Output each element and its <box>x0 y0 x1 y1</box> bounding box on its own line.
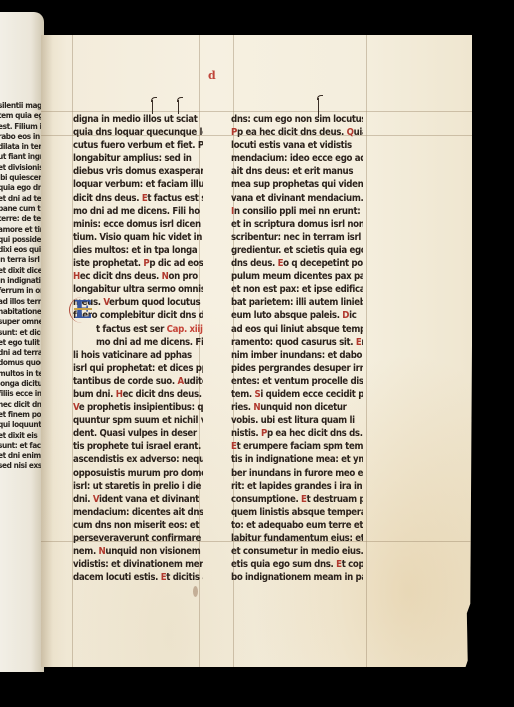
text-line: longabitur ultra sermo omnis <box>73 283 203 296</box>
text-line: et consumetur in medio eius. et sci <box>231 545 363 558</box>
facing-text-line: in indignationem <box>0 275 42 285</box>
text-line: pulum meum dicentes pax pax <box>231 270 363 283</box>
text-line: isrl qui prophetat: et dices pphe <box>73 362 203 375</box>
text-line: mo dni ad me dicens. Fi <box>73 336 203 349</box>
text-line: mendacium: ideo ecce ego ad vos <box>231 152 363 165</box>
decorated-initial: E <box>72 298 94 322</box>
text-line: vana et divinant mendacium. <box>231 192 363 205</box>
facing-text-line: ut fiant ingredientes <box>0 151 42 161</box>
text-line: vobis. ubi est litura quam li <box>231 414 363 427</box>
ruling-line <box>366 35 367 667</box>
text-line: et in scriptura domus isrl non <box>231 218 363 231</box>
text-line: ascendistis ex adverso: neque <box>73 453 203 466</box>
text-line: dent. Quasi vulpes in deser <box>73 427 203 440</box>
facing-text-line: domus quod gentis <box>0 357 42 367</box>
running-head: d <box>208 69 216 82</box>
text-line: digna in medio illos ut sciat <box>73 113 203 126</box>
facing-text-line: filiis ecce in <box>0 388 42 398</box>
text-line: cum dns non miserit eos: et <box>73 519 203 532</box>
text-line: ad eos qui liniut absque tempe <box>231 323 363 336</box>
text-line: tis in indignatione mea: et ym <box>231 453 363 466</box>
manuscript-leaf: d digna in medio illos ut sciatquia dns … <box>41 35 472 667</box>
text-line: pides pergrandes desuper irru <box>231 362 363 375</box>
text-line: tis prophete tui israel erant. Non <box>73 440 203 453</box>
text-line: et non est pax: et ipse edificat <box>231 283 363 296</box>
text-line: Ve prophetis insipientibus: qui se <box>73 401 203 414</box>
facing-text-line: et dni ad terram <box>0 193 42 203</box>
ruling-line <box>41 111 472 112</box>
text-line: mea sup prophetas qui vident <box>231 178 363 191</box>
text-line: tem. Si quidem ecce cecidit pa <box>231 388 363 401</box>
text-line: quia dns loquar quecunque lo <box>73 126 203 139</box>
text-line: gredientur. et scietis quia ego <box>231 244 363 257</box>
text-line: locuti estis vana et vidistis <box>231 139 363 152</box>
facing-text-line: longa dicitur <box>0 378 42 388</box>
facing-text-line: et finem possidebit <box>0 409 42 419</box>
text-line: tantibus de corde suo. Audite ver <box>73 375 203 388</box>
gold-flourish <box>74 308 92 310</box>
vellum-stain <box>193 586 198 597</box>
text-line: nistis. Pp ea hec dicit dns ds. <box>231 427 363 440</box>
text-line: li hois vaticinare ad pphas <box>73 349 203 362</box>
facing-text-line: amore et timore <box>0 224 42 234</box>
text-line: nim imber inundans: et dabo la <box>231 349 363 362</box>
facing-text-line: dilata in terras nimis <box>0 141 42 151</box>
text-line: rit: et lapides grandes i ira in <box>231 480 363 493</box>
facing-text-line: et dni enim ut <box>0 450 42 460</box>
ascender-flourish <box>152 100 153 114</box>
pen-flourish <box>69 297 95 323</box>
text-line: iste prophetat. Pp dic ad eos. <box>73 257 203 270</box>
text-line: bat parietem: illi autem liniebant <box>231 296 363 309</box>
ascender-flourish <box>178 100 179 114</box>
facing-text-line: est. Filium illius igno <box>0 121 42 131</box>
text-line: bum dni. Hec dicit dns deus. <box>73 388 203 401</box>
text-line: ries. Nunquid non dicetur <box>231 401 363 414</box>
text-line: ber inundans in furore meo e <box>231 467 363 480</box>
text-line: perseveraverunt confirmare sermo <box>73 532 203 545</box>
text-line: Et erumpere faciam spm tempesta <box>231 440 363 453</box>
facing-text-line: et dixit dicens <box>0 265 42 275</box>
chapter-heading: Cap. xiij. <box>164 324 203 335</box>
facing-text-line: et divisionis et <box>0 162 42 172</box>
text-line: entes: et ventum procelle dissipa <box>231 375 363 388</box>
text-line: Pp ea hec dicit dns deus. Quia <box>231 126 363 139</box>
facing-text-line: tem quia ego dns <box>0 110 42 120</box>
text-line: bo indignationem meam in pariete: et <box>231 571 363 584</box>
facing-text-line: sunt: et factum <box>0 440 42 450</box>
gutter-shadow <box>41 35 53 667</box>
text-line: quuntur spm suum et nichil vi <box>73 414 203 427</box>
text-line: loquar verbum: et faciam illud <box>73 178 203 191</box>
facing-text-line: et ego tulit quod <box>0 337 42 347</box>
facing-text-line: dixi eos qui habi <box>0 244 42 254</box>
text-line: dns: cum ego non sim locutus. <box>231 113 363 126</box>
facing-text-line: quia ego dns et <box>0 182 42 192</box>
facing-text-line: qui loquuntur illi <box>0 419 42 429</box>
text-line: In consilio ppli mei nn erunt: <box>231 205 363 218</box>
facing-text-line: habitationem <box>0 306 42 316</box>
text-line: Hec dicit dns deus. Non pro <box>73 270 203 283</box>
facing-page: silentii magnitudinetem quia ego dnsest.… <box>0 12 44 672</box>
text-line: consumptione. Et destruam parietem <box>231 493 363 506</box>
text-line: ramento: quod casurus sit. Erit e <box>231 336 363 349</box>
text-line: nem. Nunquid non visionem cassa <box>73 545 203 558</box>
facing-page-text: silentii magnitudinetem quia ego dnsest.… <box>0 100 42 471</box>
facing-text-line: et dixit eis <box>0 430 42 440</box>
text-line: eum luto absque paleis. Dic <box>231 309 363 322</box>
text-line: tium. Visio quam hic videt in <box>73 231 203 244</box>
text-line: to: et adequabo eum terre et reue <box>231 519 363 532</box>
facing-text-line: dni ad terram <box>0 347 42 357</box>
text-line: vidistis: et divinationem men <box>73 558 203 571</box>
text-line: longabitur amplius: sed in <box>73 152 203 165</box>
facing-text-line: sed nisi exsequantur <box>0 460 42 470</box>
text-line: dni. Vident vana et divinant <box>73 493 203 506</box>
text-line: mendacium: dicentes ait dns. <box>73 506 203 519</box>
facing-text-line: qui possident terram <box>0 234 42 244</box>
facing-text-line: terre: de terra ad <box>0 213 42 223</box>
text-line: mo dni ad me dicens. Fili ho <box>73 205 203 218</box>
facing-text-line: silentii magnitudine <box>0 100 42 110</box>
text-line: dicit dns deus. Et factus est ser <box>73 192 203 205</box>
text-line: scribentur: nec in terram isrl in <box>231 231 363 244</box>
facing-text-line: sunt: et dicent <box>0 327 42 337</box>
text-line: dies multos: et in tpa longa <box>73 244 203 257</box>
text-line: isrl: ut staretis in prelio i die <box>73 480 203 493</box>
facing-text-line: ferrum in ore tuo <box>0 285 42 295</box>
facing-text-line: ibi quiescere <box>0 172 42 182</box>
text-line: quem linistis absque temperame <box>231 506 363 519</box>
facing-text-line: hec dicit dns <box>0 399 42 409</box>
text-line: cutus fuero verbum et fiet. P <box>73 139 203 152</box>
text-line: t factus est ser Cap. xiij. <box>73 323 203 336</box>
text-line: dns deus. Eo q decepetint po <box>231 257 363 270</box>
text-line: ait dns deus: et erit manus <box>231 165 363 178</box>
facing-text-line: pane cum tribula <box>0 203 42 213</box>
text-line: diebus vris domus exasperans <box>73 165 203 178</box>
text-line: opposuistis murum pro domo <box>73 467 203 480</box>
left-text-column: digna in medio illos ut sciatquia dns lo… <box>73 113 203 584</box>
facing-text-line: ad illos terram ut <box>0 296 42 306</box>
facing-text-line: multos in terra <box>0 368 42 378</box>
text-line: labitur fundamentum eius: et cadet <box>231 532 363 545</box>
text-line: dacem locuti estis. Et dicitis ait <box>73 571 203 584</box>
facing-text-line: super omnes terram <box>0 316 42 326</box>
right-text-column: dns: cum ego non sim locutus.Pp ea hec d… <box>231 113 363 584</box>
text-line: minis: ecce domus isrl dicen <box>73 218 203 231</box>
facing-text-line: rabo eos in terris et <box>0 131 42 141</box>
facing-text-line: in terra isrl ut <box>0 254 42 264</box>
text-line: etis quia ego sum dns. Et cople <box>231 558 363 571</box>
